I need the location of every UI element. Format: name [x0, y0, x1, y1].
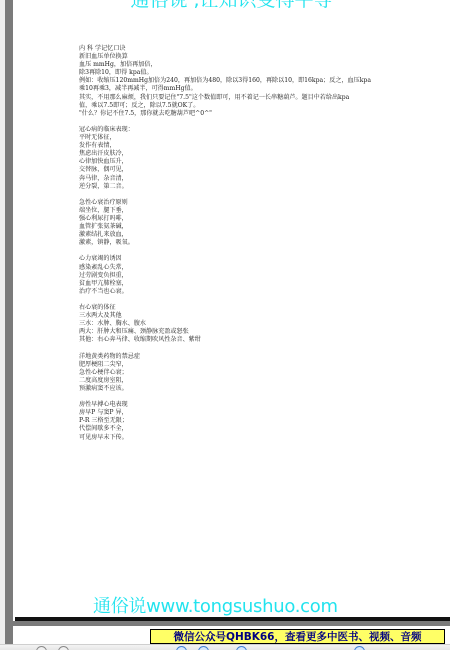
text-line: 三水两大及其他: [79, 312, 439, 320]
document-content: 内 科 学记忆口诀新旧血压单位换算血压 mmHg，加倍再加倍，除3再除10，即得…: [79, 45, 439, 450]
section-heading: 冠心病的临床表现：: [79, 126, 439, 134]
previous-page-icon[interactable]: [198, 646, 209, 650]
text-line: 感染紊乱心失常，: [79, 264, 439, 272]
first-page-icon[interactable]: [176, 646, 187, 650]
text-line: 逆分裂，第二音。: [79, 183, 439, 191]
zoom-out-icon[interactable]: [36, 646, 47, 650]
text-line: 奔马律，杂音清，: [79, 175, 439, 183]
text-line: 代偿间歇多不全，: [79, 425, 439, 433]
text-line: 强心利尿打吗啡，: [79, 215, 439, 223]
text-line: 端坐位，腿下垂，: [79, 207, 439, 215]
text-line: 血管扩张氨茶碱，: [79, 223, 439, 231]
section-heading: 心力衰竭的诱因: [79, 255, 439, 263]
section-heading: 急性心衰治疗原则: [79, 199, 439, 207]
text-line: 二度高度房室阻，: [79, 377, 439, 385]
text-line: 乘10再乘3，减半再减半，可得mmHg值。: [79, 85, 439, 93]
text-line: 贫血甲亢肺栓塞，: [79, 280, 439, 288]
text-line: 治疗不当也心衰。: [79, 288, 439, 296]
watermark-top: 通俗说 ,让知识变得平等: [13, 0, 450, 12]
text-line: P-R 三格至无限；: [79, 417, 439, 425]
watermark-bottom: 通俗说www.tongsushuo.com: [93, 592, 338, 618]
text-line: 平时无体征，: [79, 134, 439, 142]
text-line: 预激病窦不应该。: [79, 385, 439, 393]
section-heading: 房性早搏心电表现: [79, 401, 439, 409]
text-line: 其他：右心奔马律、收缩期吹风性杂音、紫绀: [79, 336, 439, 344]
section-heading: 内 科 学记忆口诀: [79, 45, 439, 53]
viewer-bottom-toolbar: [0, 644, 450, 650]
zoom-in-icon[interactable]: [58, 646, 69, 650]
document-page-1: 通俗说 ,让知识变得平等 内 科 学记忆口诀新旧血压单位换算血压 mmHg，加倍…: [13, 0, 450, 617]
content-section: 洋地黄类药物的禁忌症肥厚梗阻二尖窄，急性心梗伴心衰；二度高度房室阻，预激病窦不应…: [79, 353, 439, 393]
text-line: 肥厚梗阻二尖窄，: [79, 361, 439, 369]
text-line: 值，乘以7.5即可；反之，除以7.5就OK了。: [79, 102, 439, 110]
content-section: 内 科 学记忆口诀新旧血压单位换算血压 mmHg，加倍再加倍，除3再除10，即得…: [79, 45, 439, 118]
text-line: 激素，镇静，吸氧。: [79, 239, 439, 247]
text-line: 焦虑出汗皮肤冷，: [79, 150, 439, 158]
section-heading: 洋地黄类药物的禁忌症: [79, 353, 439, 361]
text-line: 发作有表情，: [79, 142, 439, 150]
text-line: 其实，不用那么麻烦，我们只要记住"7.5"这个数值即可，用不着记一长串糖葫芦。题…: [79, 94, 439, 102]
viewer-gutter: [5, 0, 13, 645]
content-section: 右心衰的体征三水两大及其他三水：水肿、胸水、腹水两大：肝肿大和压痛、颈静脉充盈或…: [79, 304, 439, 344]
text-line: 可见房早未下传。: [79, 434, 439, 442]
text-line: 房早P 与窦P 异，: [79, 409, 439, 417]
text-line: "什么？你记不住7.5，那你就去吃糖葫芦吧^0^": [79, 110, 439, 118]
text-line: 急性心梗伴心衰；: [79, 369, 439, 377]
text-line: 交替脉，偶可见，: [79, 166, 439, 174]
promo-banner: 微信公众号QHBK66，查看更多中医书、视频、音频: [150, 629, 445, 644]
text-line: 过劳剧变负担重，: [79, 272, 439, 280]
text-line: 心律加快血压升，: [79, 158, 439, 166]
section-heading: 右心衰的体征: [79, 304, 439, 312]
next-page-icon[interactable]: [236, 646, 247, 650]
content-section: 冠心病的临床表现：平时无体征，发作有表情，焦虑出汗皮肤冷，心律加快血压升，交替脉…: [79, 126, 439, 191]
text-line: 新旧血压单位换算: [79, 53, 439, 61]
content-section: 心力衰竭的诱因感染紊乱心失常，过劳剧变负担重，贫血甲亢肺栓塞，治疗不当也心衰。: [79, 255, 439, 295]
content-section: 房性早搏心电表现房早P 与窦P 异，P-R 三格至无限；代偿间歇多不全，可见房早…: [79, 401, 439, 441]
last-page-icon[interactable]: [354, 646, 365, 650]
content-section: 急性心衰治疗原则端坐位，腿下垂，强心利尿打吗啡，血管扩张氨茶碱，激素结扎来放血，…: [79, 199, 439, 248]
